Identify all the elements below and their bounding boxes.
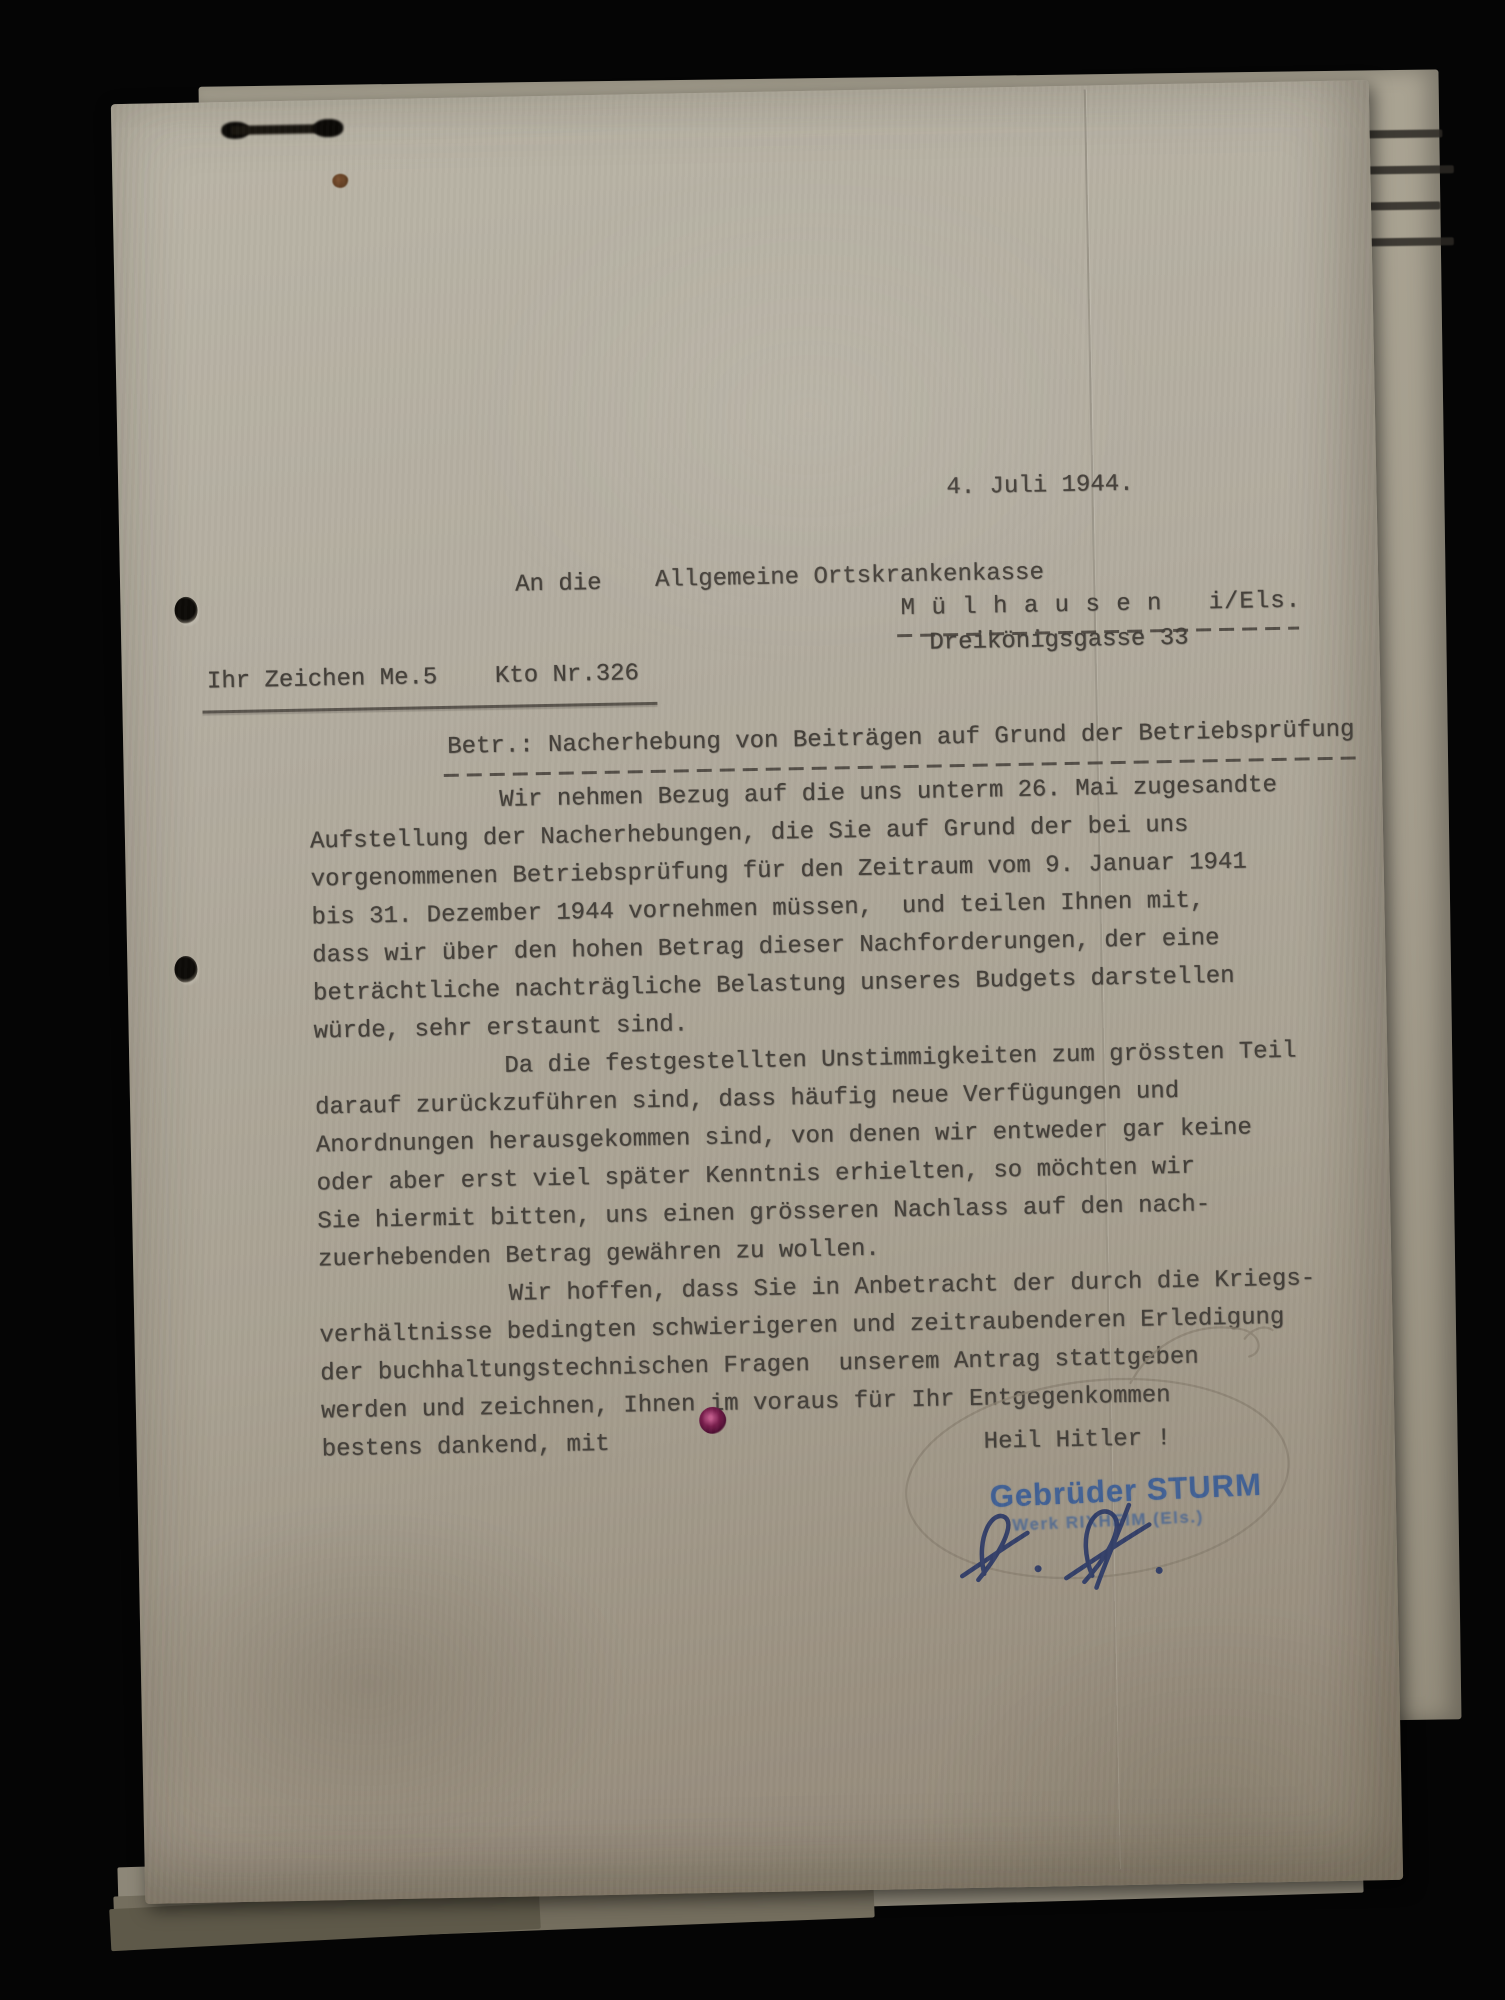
staple-mark: [223, 118, 339, 144]
hole-punch-bottom: [174, 956, 198, 983]
photo-background: 4. Juli 1944. An die Allgemeine Ortskran…: [0, 0, 1505, 2000]
recipient-street: Dreikönigsgasse 33: [929, 620, 1189, 663]
stain-spot: [332, 174, 348, 188]
signature-scribble: [953, 1492, 1195, 1602]
paragraph-1: Wir nehmen Bezug auf die uns unterm 26. …: [309, 766, 1344, 1052]
reference-underline: [202, 702, 657, 714]
letter-sheet: 4. Juli 1944. An die Allgemeine Ortskran…: [111, 80, 1403, 1904]
staple-smudge: [313, 119, 343, 138]
hole-punch-top: [174, 597, 198, 624]
reference-line: Ihr Zeichen Me.5 Kto Nr.326: [207, 655, 640, 701]
recipient-salutation: An die: [515, 565, 602, 605]
date-line: 4. Juli 1944.: [946, 466, 1134, 508]
paragraph-2: Da die festgestellten Unstimmigkeiten zu…: [314, 1032, 1348, 1280]
